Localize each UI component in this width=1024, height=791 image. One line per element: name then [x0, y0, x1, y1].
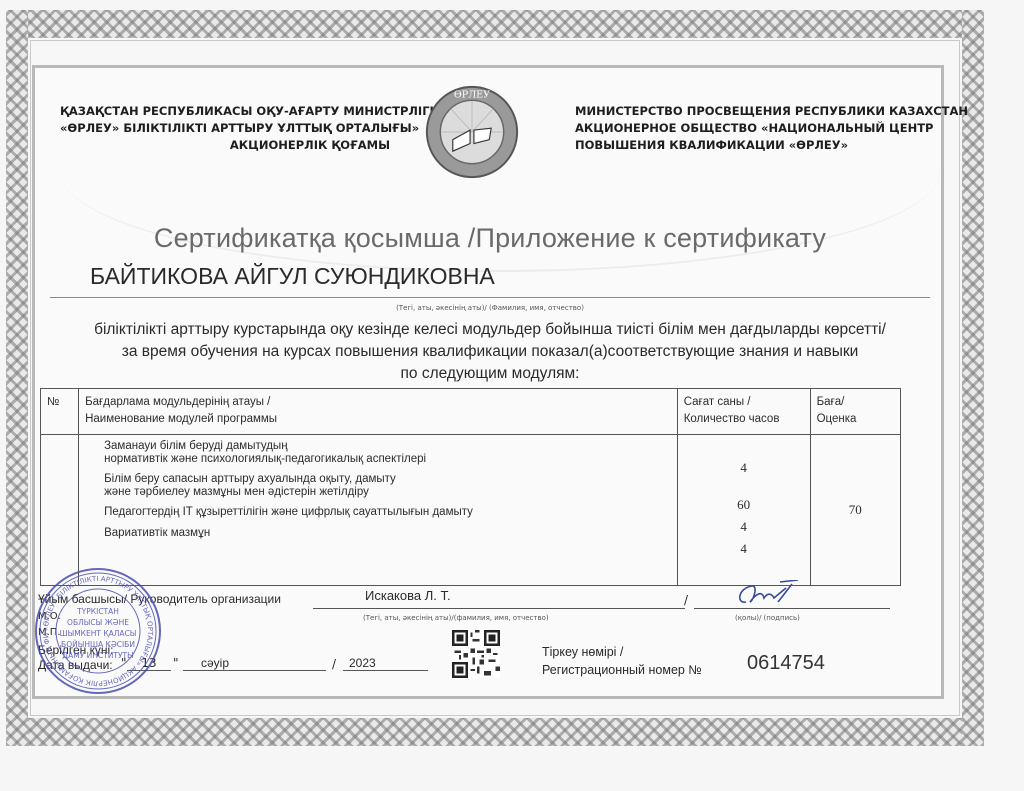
- intro-line: біліктілікті арттыру курстарында оқу кез…: [40, 319, 940, 341]
- module-hours: 60: [678, 497, 810, 513]
- separator-slash: /: [332, 657, 336, 671]
- header-hours: Сағат саны / Количество часов: [677, 389, 810, 435]
- official-stamp-icon: «ӨРЛЕУ» БІЛІКТІЛІКТІ АРТТЫРУ ҰЛТТЫҚ ОРТА…: [33, 566, 163, 696]
- header-ru-line: ПОВЫШЕНИЯ КВАЛИФИКАЦИИ «ӨРЛЕУ»: [575, 137, 955, 154]
- table-header-row: № Бағдарлама модульдерінің атауы / Наиме…: [41, 389, 901, 435]
- signature-caption: (қолы)/ (подпись): [735, 614, 800, 622]
- ornament-border-top: [6, 10, 984, 38]
- header-kz: ҚАЗАҚСТАН РЕСПУБЛИКАСЫ ОҚУ-АҒАРТУ МИНИСТ…: [60, 103, 390, 154]
- module-name: Заманауи білім беруді дамытудың норматив…: [104, 440, 676, 465]
- qr-code-icon: [452, 630, 500, 678]
- issue-year: 2023: [343, 656, 428, 671]
- grade-cell: 70: [810, 435, 900, 586]
- handwritten-signature-icon: [732, 580, 802, 610]
- header-kz-line: «ӨРЛЕУ» БІЛІКТІЛІКТІ АРТТЫРУ ҰЛТТЫҚ ОРТА…: [60, 120, 390, 137]
- module-names-cell: Заманауи білім беруді дамытудың норматив…: [79, 435, 678, 586]
- svg-text:ШЫМКЕНТ ҚАЛАСЫ: ШЫМКЕНТ ҚАЛАСЫ: [60, 629, 137, 638]
- module-hours: 4: [678, 460, 810, 476]
- ornament-border-bottom: [6, 718, 984, 746]
- number-cell: [41, 435, 79, 586]
- registration-number: 0614754: [747, 652, 825, 675]
- intro-text: біліктілікті арттыру курстарында оқу кез…: [40, 319, 940, 385]
- header-kz-line: ҚАЗАҚСТАН РЕСПУБЛИКАСЫ ОҚУ-АҒАРТУ МИНИСТ…: [60, 103, 390, 120]
- director-name-line: [313, 608, 685, 609]
- intro-line: за время обучения на курсах повышения кв…: [40, 341, 940, 363]
- hours-cell: 4 60 4 4: [677, 435, 810, 586]
- open-book-emblem-icon: ӨРЛЕУ: [424, 84, 520, 180]
- issue-month: сәуір: [183, 656, 326, 671]
- ornament-border-left: [6, 10, 28, 746]
- ornament-border-right: [962, 10, 984, 746]
- module-hours: 4: [678, 541, 810, 557]
- svg-text:ДАМУ ИНСТИТУТЫ: ДАМУ ИНСТИТУТЫ: [62, 651, 133, 660]
- header-kz-line: АКЦИОНЕРЛІК ҚОҒАМЫ: [60, 137, 390, 154]
- header-ru-line: АКЦИОНЕРНОЕ ОБЩЕСТВО «НАЦИОНАЛЬНЫЙ ЦЕНТР: [575, 120, 955, 137]
- header-module-name: Бағдарлама модульдерінің атауы / Наимено…: [79, 389, 678, 435]
- svg-text:ОБЛЫСЫ ЖӘНЕ: ОБЛЫСЫ ЖӘНЕ: [67, 618, 129, 627]
- separator-slash: /: [684, 593, 688, 607]
- director-name: Искакова Л. Т.: [365, 588, 451, 603]
- module-name: Білім беру сапасын арттыру ахуалында оқы…: [104, 473, 676, 498]
- recipient-name: БАЙТИКОВА АЙГУЛ СУЮНДИКОВНА: [90, 263, 495, 290]
- director-name-caption: (Тегі, аты, әкесінің аты)/(фамилия, имя,…: [363, 614, 549, 622]
- header-ru: МИНИСТЕРСТВО ПРОСВЕЩЕНИЯ РЕСПУБЛИКИ КАЗА…: [575, 103, 955, 154]
- svg-text:ӨРЛЕУ: ӨРЛЕУ: [454, 89, 490, 100]
- svg-text:ТҮРКІСТАН: ТҮРКІСТАН: [76, 607, 119, 616]
- header-number: №: [41, 389, 79, 435]
- svg-text:БОЙЫНША КӘСІБИ: БОЙЫНША КӘСІБИ: [61, 640, 135, 649]
- table-row: Заманауи білім беруді дамытудың норматив…: [41, 435, 901, 586]
- modules-table: № Бағдарлама модульдерінің атауы / Наиме…: [40, 388, 901, 586]
- recipient-name-underline: [50, 297, 930, 298]
- module-hours: 4: [678, 519, 810, 535]
- intro-line: по следующим модулям:: [40, 363, 940, 385]
- module-name: Педагогтердің IT құзыреттілігін және циф…: [104, 506, 676, 519]
- registration-label: Тіркеу нөмірі / Регистрационный номер №: [542, 643, 702, 679]
- quote-close: ": [173, 656, 179, 670]
- header-ru-line: МИНИСТЕРСТВО ПРОСВЕЩЕНИЯ РЕСПУБЛИКИ КАЗА…: [575, 103, 955, 120]
- module-name: Вариативтік мазмұн: [104, 527, 676, 540]
- document-title: Сертификатқа қосымша /Приложение к серти…: [40, 223, 940, 254]
- recipient-name-caption: (Тегі, аты, әкесінің аты)/ (Фамилия, имя…: [40, 304, 940, 312]
- header-grade: Баға/ Оценка: [810, 389, 900, 435]
